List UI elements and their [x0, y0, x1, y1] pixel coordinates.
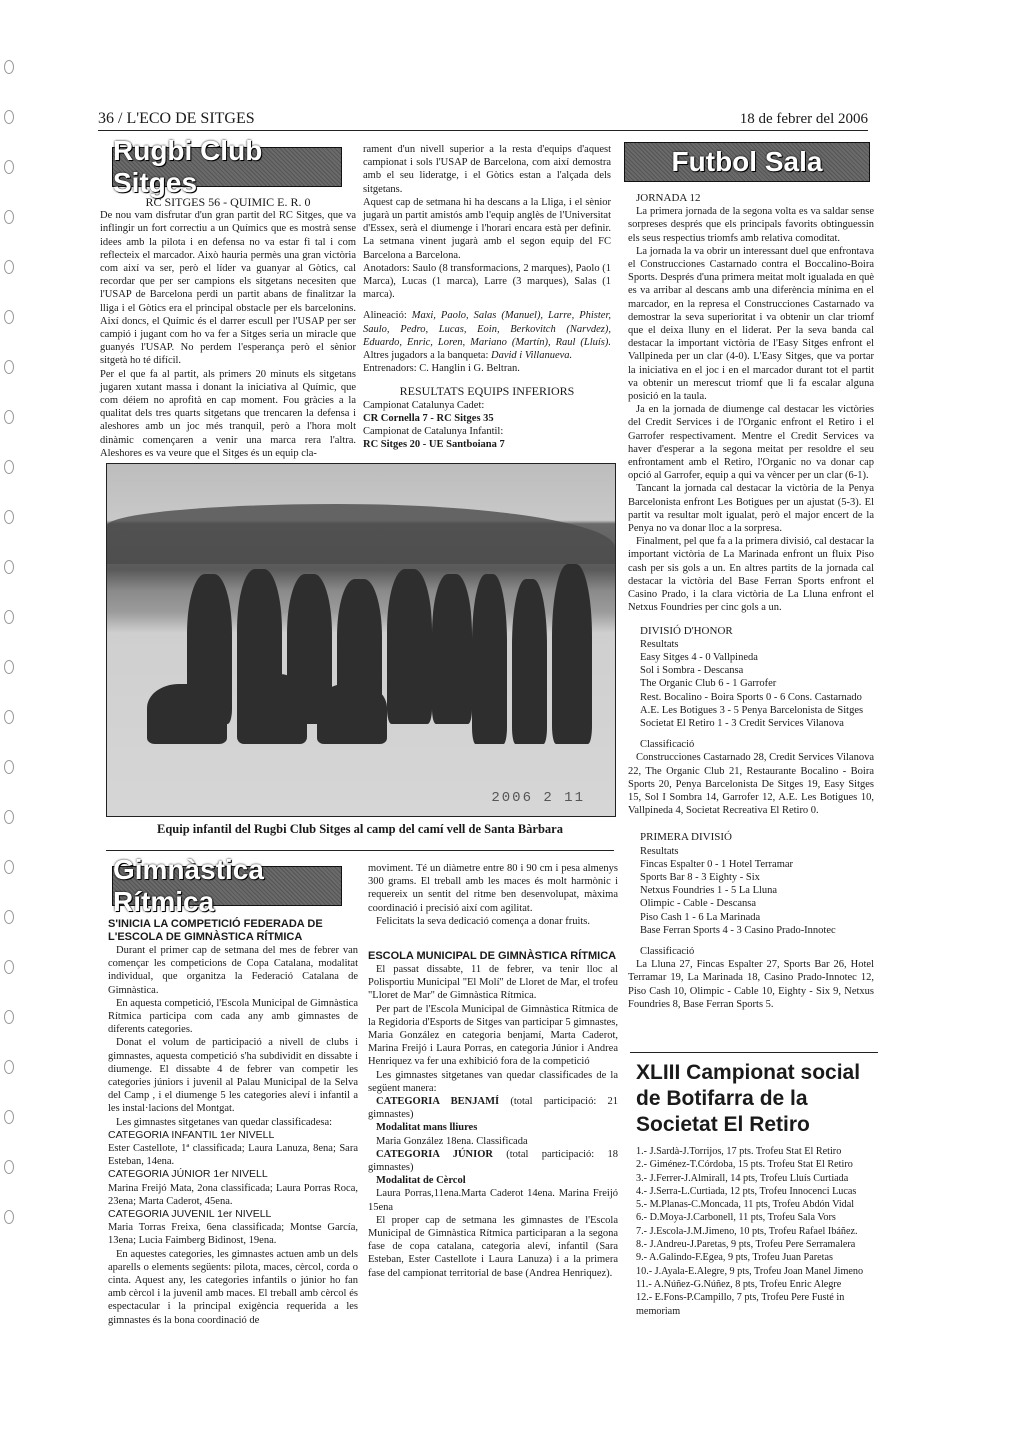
result-row: Netxus Foundries 1 - 5 La Lluna: [640, 884, 874, 897]
honor-standings: Construcciones Castarnado 28, Credit Ser…: [628, 751, 874, 817]
result-row: Rest. Bocalino - Boira Sports 0 - 6 Cons…: [640, 691, 874, 704]
category-results: Maria Torras Freixa, 6ena classificada; …: [108, 1221, 358, 1247]
primera-standings: La Lluna 27, Fincas Espalter 27, Sports …: [628, 958, 874, 1011]
result-row: Olimpic - Cable - Descansa: [640, 897, 874, 910]
result-row: Base Ferran Sports 4 - 3 Casino Prado-In…: [640, 924, 874, 937]
category-results: Ester Castellote, 1ª classificada; Laura…: [108, 1142, 358, 1168]
standing-row: 11.- A.Núñez-G.Núñez, 8 pts, Trofeu Enri…: [636, 1278, 886, 1291]
photo-caption: Equip infantil del Rugbi Club Sitges al …: [106, 822, 614, 837]
result-row: A.E. Les Botigues 3 - 5 Penya Barcelonis…: [640, 704, 874, 717]
rugbi-paragraph: Aquest cap de setmana hi ha descans a la…: [363, 196, 611, 262]
lower-result-competition: Campionat de Catalunya Infantil:: [363, 425, 611, 438]
gimnastica-paragraph: Les gimnastes sitgetanes van quedar clas…: [368, 1069, 618, 1095]
gimnastica-headline: ESCOLA MUNICIPAL DE GIMNÀSTICA RÍTMICA: [368, 950, 618, 963]
primera-title: PRIMERA DIVISIÓ: [640, 831, 874, 844]
result-row: Fincas Espalter 0 - 1 Hotel Terramar: [640, 858, 874, 871]
category-name: CATEGORIA JUVENIL 1er NIVELL: [108, 1208, 358, 1221]
rugbi-column-2: rament d'un nivell superior a la resta d…: [363, 143, 611, 451]
gimnastica-column-2: moviment. Té un diàmetre entre 80 i 90 c…: [368, 862, 618, 1280]
result-row: Easy Sitges 4 - 0 Vallpineda: [640, 651, 874, 664]
standing-row: 7.- J.Escola-J.M.Jimeno, 10 pts, Trofeu …: [636, 1225, 886, 1238]
gimnastica-paragraph: Durant el primer cap de setmana del mes …: [108, 944, 358, 997]
primera-division: PRIMERA DIVISIÓ Resultats Fincas Espalte…: [628, 831, 874, 958]
category-name: CATEGORIA INFANTIL 1er NIVELL: [108, 1129, 358, 1142]
rugbi-paragraph: rament d'un nivell superior a la resta d…: [363, 143, 611, 196]
gimnastica-paragraph: En aquesta competició, l'Escola Municipa…: [108, 997, 358, 1037]
gimnastica-column-1: S'INICIA LA COMPETICIÓ FEDERADA DE L'ESC…: [108, 918, 358, 1327]
futbol-paragraph: La primera jornada de la segona volta es…: [628, 205, 874, 245]
botifarra-standings: 1.- J.Sardà-J.Torrijos, 17 pts. Trofeu S…: [636, 1145, 886, 1318]
standing-row: 2.- Giménez-T.Córdoba, 15 pts. Trofeu St…: [636, 1158, 886, 1171]
photo-date-stamp: 2006 2 11: [491, 790, 585, 806]
lower-result-competition: Campionat Catalunya Cadet:: [363, 399, 611, 412]
lower-result-score: CR Cornella 7 - RC Sitges 35: [363, 412, 611, 425]
rugbi-lineup: Alineació: Maxi, Paolo, Salas (Manuel), …: [363, 309, 611, 362]
rugbi-scorers: Anotadors: Saulo (8 transformacions, 2 m…: [363, 262, 611, 302]
honor-division: DIVISIÓ D'HONOR Resultats Easy Sitges 4 …: [628, 625, 874, 752]
honor-title: DIVISIÓ D'HONOR: [640, 625, 874, 638]
gimnastica-paragraph: Felicitats la seva dedicació comença a d…: [368, 915, 618, 928]
category-results: Marina Freijó Mata, 2ona classificada; L…: [108, 1182, 358, 1208]
gimnastica-paragraph: moviment. Té un diàmetre entre 80 i 90 c…: [368, 862, 618, 915]
rugbi-banner: Rugbi Club Sitges: [112, 147, 342, 187]
gimnastica-paragraph: Per part de l'Escola Municipal de Gimnàs…: [368, 1003, 618, 1069]
divider: [106, 850, 614, 851]
standing-row: 1.- J.Sardà-J.Torrijos, 17 pts. Trofeu S…: [636, 1145, 886, 1158]
rugbi-coaches: Entrenadors: C. Hanglin i G. Beltran.: [363, 362, 611, 375]
category-name: CATEGORIA JÚNIOR 1er NIVELL: [108, 1168, 358, 1181]
botifarra-title: XLIII Campionat social de Botifarra de l…: [636, 1060, 876, 1138]
page-label: 36 / L'ECO DE SITGES: [98, 110, 255, 128]
futbol-paragraph: Finalment, pel que fa a la primera divis…: [628, 535, 874, 614]
lower-results-title: RESULTATS EQUIPS INFERIORS: [363, 385, 611, 398]
gimnastica-banner: Gimnàstica Rítmica: [112, 866, 342, 906]
result-row: Sports Bar 8 - 3 Eighty - Six: [640, 871, 874, 884]
result-row: Societat El Retiro 1 - 3 Credit Services…: [640, 717, 874, 730]
rugbi-paragraph: Per el que fa al partit, als primers 20 …: [100, 368, 356, 460]
gimnastica-paragraph: Donat el volum de participació a nivell …: [108, 1036, 358, 1115]
page-header: 36 / L'ECO DE SITGES 18 de febrer del 20…: [98, 108, 868, 131]
gimnastica-headline: S'INICIA LA COMPETICIÓ FEDERADA DE L'ESC…: [108, 918, 358, 944]
lower-result-score: RC Sitges 20 - UE Santboiana 7: [363, 438, 611, 451]
match-title: RC SITGES 56 - QUIMIC E. R. 0: [100, 196, 356, 209]
junior-category: CATEGORIA JÚNIOR (total participació: 18…: [368, 1148, 618, 1174]
benjami-category: CATEGORIA BENJAMÍ (total participació: 2…: [368, 1095, 618, 1121]
team-group: [147, 554, 607, 754]
result-row: The Organic Club 6 - 1 Garrofer: [640, 677, 874, 690]
team-photo: 2006 2 11: [106, 463, 616, 817]
standing-row: 3.- J.Ferrer-J.Almirall, 14 pts, Trofeu …: [636, 1172, 886, 1185]
rugbi-paragraph: De nou vam disfrutar d'un gran partit de…: [100, 209, 356, 367]
standing-row: 12.- E.Fons-P.Campillo, 7 pts, Trofeu Pe…: [636, 1291, 886, 1318]
gimnastica-paragraph: En aquestes categories, les gimnastes ac…: [108, 1248, 358, 1327]
result-row: Sol i Sombra - Descansa: [640, 664, 874, 677]
futbol-column: JORNADA 12 La primera jornada de la sego…: [628, 192, 874, 1011]
jornada-title: JORNADA 12: [628, 192, 874, 205]
rugbi-column-1: RC SITGES 56 - QUIMIC E. R. 0 De nou vam…: [100, 196, 356, 460]
binder-holes: [0, 40, 22, 1420]
standing-row: 6.- D.Moya-J.Carbonell, 11 pts, Trofeu S…: [636, 1211, 886, 1224]
divider: [630, 1052, 878, 1053]
standing-row: 5.- M.Planas-C.Moncada, 11 pts, Trofeu A…: [636, 1198, 886, 1211]
standing-row: 8.- J.Andreu-J.Paretas, 9 pts, Trofeu Pe…: [636, 1238, 886, 1251]
gimnastica-paragraph: El passat dissabte, 11 de febrer, va ten…: [368, 963, 618, 1003]
standing-row: 10.- J.Ayala-E.Alegre, 9 pts, Trofeu Joa…: [636, 1265, 886, 1278]
issue-date: 18 de febrer del 2006: [740, 111, 868, 128]
result-row: Piso Cash 1 - 6 La Marinada: [640, 911, 874, 924]
futbol-paragraph: La jornada la va obrir un interessant du…: [628, 245, 874, 403]
gimnastica-paragraph: Les gimnastes sitgetanes van quedar clas…: [108, 1116, 358, 1129]
standing-row: 4.- J.Serra-L.Curtiada, 12 pts, Trofeu I…: [636, 1185, 886, 1198]
standing-row: 9.- A.Galindo-F.Egea, 9 pts, Trofeu Juan…: [636, 1251, 886, 1264]
bench-names: David i Villanueva.: [491, 350, 572, 361]
gimnastica-paragraph: El proper cap de setmana les gimnastes d…: [368, 1214, 618, 1280]
futbol-paragraph: Ja en la jornada de diumenge cal destaca…: [628, 403, 874, 482]
futbol-banner: Futbol Sala: [624, 142, 870, 182]
futbol-paragraph: Tancant la jornada cal destacar la victò…: [628, 482, 874, 535]
